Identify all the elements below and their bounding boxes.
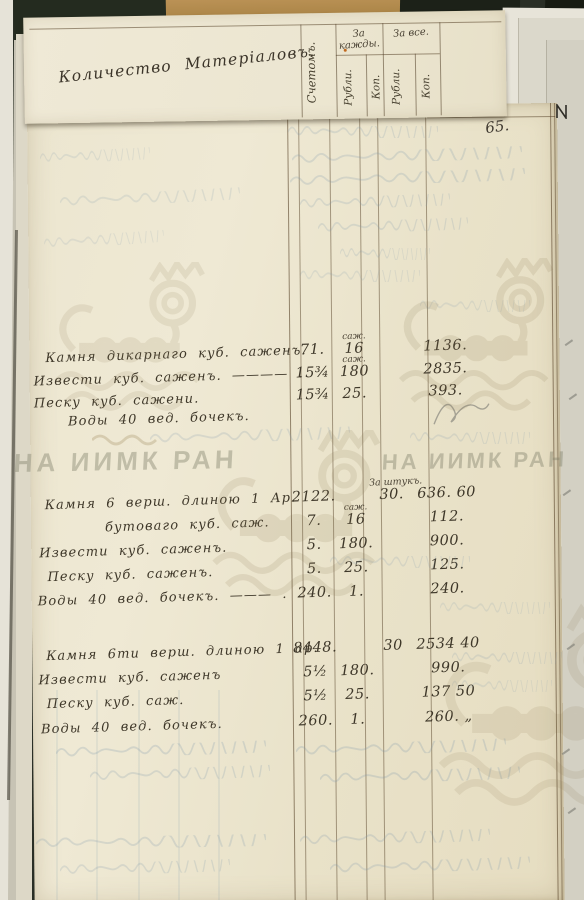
row-price-rubles: 1. — [336, 711, 380, 728]
row-price-rubles: 180. — [334, 535, 378, 552]
column-subheader-rubles: Рубли. — [342, 59, 355, 117]
row-total: 990. — [381, 659, 487, 678]
row-total: 125. — [380, 556, 486, 575]
row-total: 1136. — [378, 337, 484, 356]
document: 65. Камня дикарнаго куб. саженъ. 71. саж… — [0, 0, 584, 900]
column-header-count: Счетомъ. — [303, 29, 318, 115]
row-item-text: Камня 6 верш. длиною 1 Ар. — [45, 491, 297, 514]
column-subheader-kopecks: Коп. — [370, 58, 383, 116]
row-total: 636. 60 — [379, 484, 485, 503]
row-total: 112. — [380, 508, 486, 527]
row-item-text: Извести куб. саженъ — [38, 668, 221, 689]
column-subheader-kopecks: Коп. — [420, 57, 433, 115]
flap-rule — [366, 54, 368, 116]
row-item-text: Воды 40 вед. бочекъ. — [41, 717, 223, 738]
header-flap: Количество Матеріаловъ. Счетомъ. За кажд… — [23, 10, 507, 124]
flap-rule — [415, 54, 417, 116]
row-price-rubles: 25. — [335, 686, 379, 703]
page-number: 65. — [484, 116, 510, 137]
row-item-text: Извести куб. саженъ. — [39, 541, 228, 562]
table-caption: Количество Матеріаловъ. — [58, 42, 316, 86]
main-page: 65. Камня дикарнаго куб. саженъ. 71. саж… — [27, 103, 565, 900]
row-total: 240. — [380, 580, 486, 599]
row-total: 137 50 — [381, 683, 487, 702]
row-price-rubles: 180 — [332, 363, 376, 380]
ink-speck — [344, 49, 347, 52]
row-item-text: Камня дикарнаго куб. саженъ. — [45, 343, 307, 366]
row-item-text: Песку куб. саж. — [47, 693, 185, 712]
row-total: 2534 40 — [381, 635, 487, 654]
row-total: 260. „ — [382, 708, 488, 727]
row-price-rubles: 25. — [332, 385, 376, 402]
row-item-text: Песку куб. саженъ. — [47, 565, 213, 585]
row-price-rubles: 1. — [334, 583, 378, 600]
row-total: 900. — [380, 532, 486, 551]
row-price-rubles: 25. — [334, 559, 378, 576]
column-subheader-rubles: Рубли. — [390, 58, 403, 116]
row-item-text: бутоваго куб. саж. — [105, 515, 270, 535]
row-count: 8448. — [283, 639, 347, 657]
flap-rule — [300, 24, 302, 117]
row-item-text: Камня 6ти верш. длиною 1 ар. — [46, 641, 319, 664]
pencil-flourish — [432, 390, 492, 433]
column-header-per-all: За все. — [382, 26, 440, 41]
flap-mid-rule — [336, 53, 440, 56]
row-price-rubles: 16 — [334, 511, 378, 528]
row-price-rubles: 180. — [335, 662, 379, 679]
pencil-corner-mark — [556, 104, 568, 119]
row-total: 2835. — [378, 360, 484, 379]
column-header-per-each: За кажды. — [335, 27, 383, 52]
